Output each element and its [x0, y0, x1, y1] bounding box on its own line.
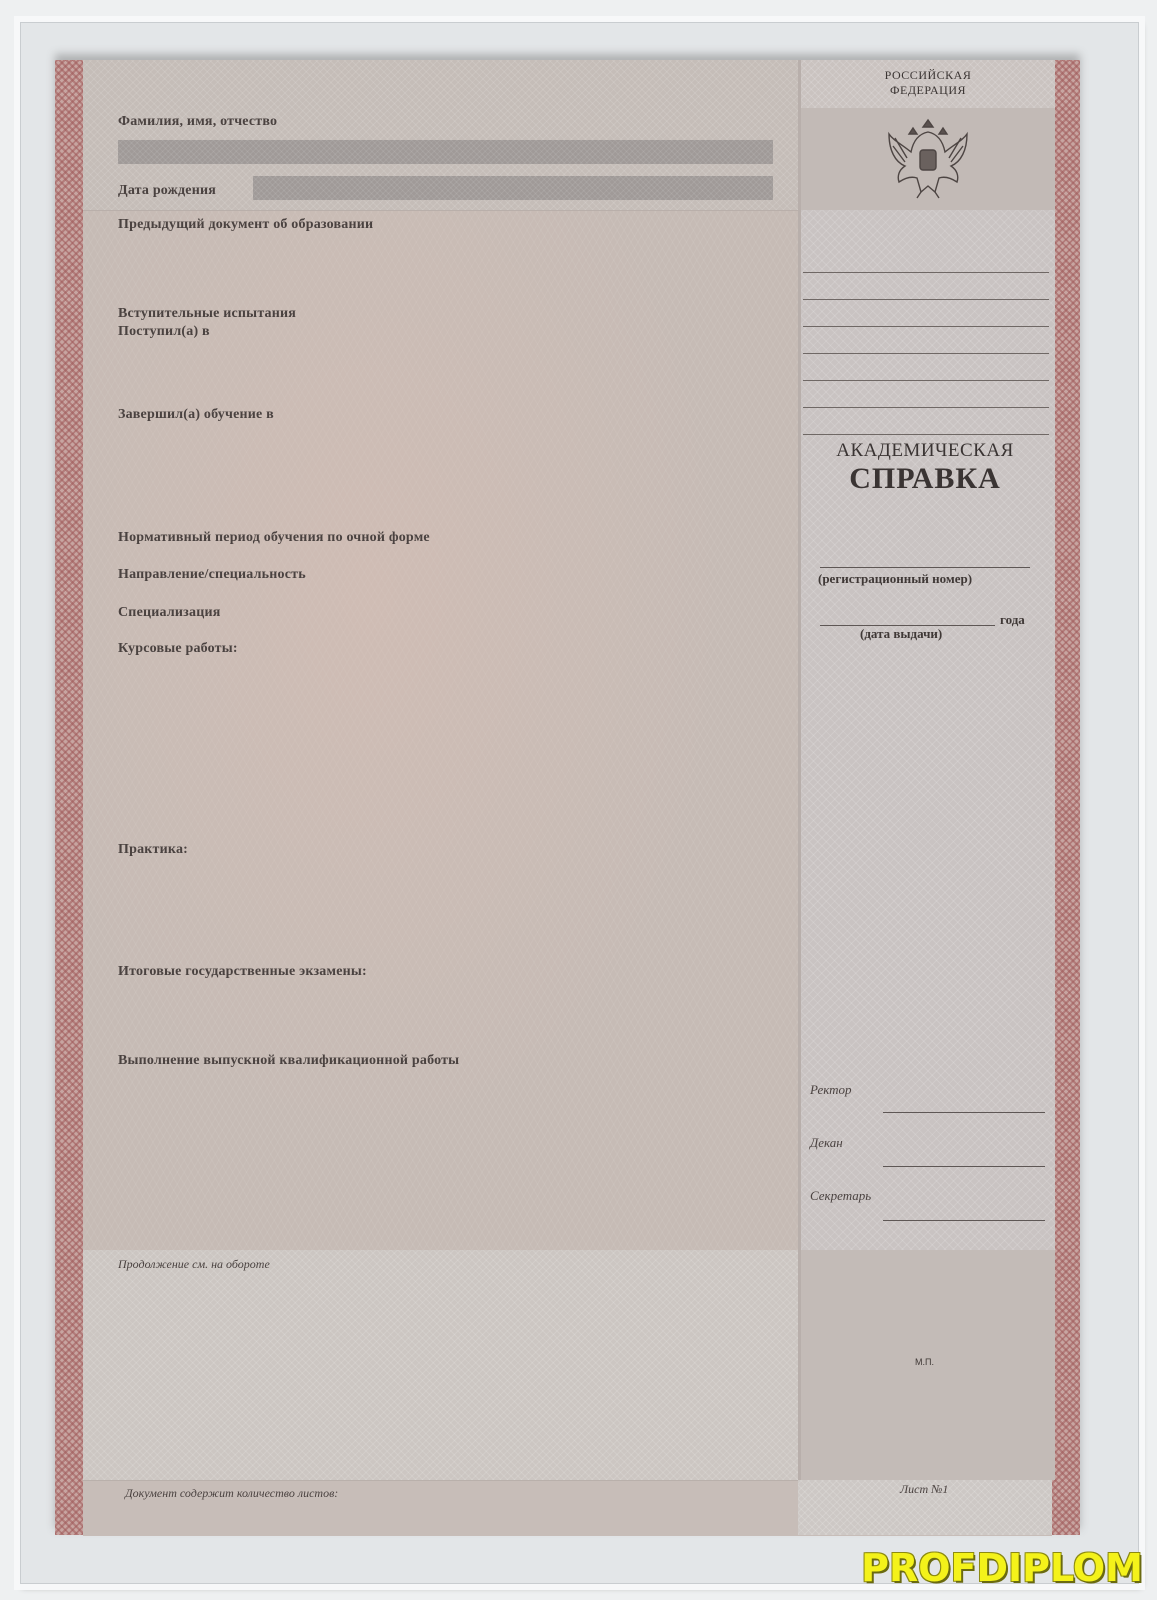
blank-line[interactable] — [803, 246, 1049, 273]
stamp-label: М.П. — [915, 1357, 934, 1367]
coursework-label: Курсовые работы: — [118, 641, 238, 657]
sheets-count-label: Документ содержит количество листов: — [125, 1486, 338, 1501]
watermark: PROFDIPLOM — [861, 1546, 1143, 1590]
entrance-tests-label: Вступительные испытания — [118, 306, 296, 322]
specialization-label: Специализация — [118, 605, 221, 621]
side-blank-lines — [803, 246, 1049, 435]
blank-line[interactable] — [803, 381, 1049, 408]
country-name: РОССИЙСКАЯ ФЕДЕРАЦИЯ — [801, 68, 1055, 98]
blank-line[interactable] — [803, 408, 1049, 435]
document-title-line1: АКАДЕМИЧЕСКАЯ — [798, 440, 1052, 462]
full-name-label: Фамилия, имя, отчество — [118, 114, 277, 130]
coat-of-arms-icon — [883, 114, 973, 200]
final-exams-label: Итоговые государственные экзамены: — [118, 964, 367, 980]
left-guilloche-border — [55, 60, 83, 1535]
dean-signature-line[interactable] — [883, 1166, 1045, 1167]
reg-number-caption: (регистрационный номер) — [818, 571, 972, 587]
side-column — [798, 60, 1055, 1250]
birth-date-label: Дата рождения — [118, 183, 216, 199]
academic-certificate-page: РОССИЙСКАЯ ФЕДЕРАЦИЯ АКАДЕМИЧЕСКАЯ СПРАВ… — [55, 60, 1080, 1535]
completed-label: Завершил(а) обучение в — [118, 407, 274, 423]
enrolled-label: Поступил(а) в — [118, 324, 210, 340]
secretary-signature-line[interactable] — [883, 1220, 1045, 1221]
reg-number-line[interactable] — [820, 567, 1030, 568]
continued-label: Продолжение см. на обороте — [118, 1257, 270, 1272]
sheet-number: Лист №1 — [900, 1482, 948, 1497]
dean-label: Декан — [810, 1135, 843, 1151]
direction-label: Направление/специальность — [118, 567, 306, 583]
year-suffix: года — [1000, 612, 1025, 628]
document-title-line2: СПРАВКА — [798, 462, 1052, 496]
full-name-field[interactable] — [118, 140, 773, 164]
thesis-label: Выполнение выпускной квалификационной ра… — [118, 1053, 459, 1069]
blank-line[interactable] — [803, 300, 1049, 327]
country-banner: РОССИЙСКАЯ ФЕДЕРАЦИЯ — [801, 60, 1055, 108]
right-guilloche-border — [1052, 60, 1080, 1535]
blank-line[interactable] — [803, 273, 1049, 300]
blank-line[interactable] — [803, 354, 1049, 381]
side-header: РОССИЙСКАЯ ФЕДЕРАЦИЯ — [798, 60, 1055, 210]
prev-document-label: Предыдущий документ об образовании — [118, 217, 373, 233]
rector-signature-line[interactable] — [883, 1112, 1045, 1113]
issue-date-caption: (дата выдачи) — [860, 626, 942, 642]
birth-date-field[interactable] — [253, 176, 773, 200]
blank-line[interactable] — [803, 327, 1049, 354]
normative-period-label: Нормативный период обучения по очной фор… — [118, 530, 430, 546]
practice-label: Практика: — [118, 842, 188, 858]
secretary-label: Секретарь — [810, 1188, 871, 1204]
rector-label: Ректор — [810, 1082, 852, 1098]
